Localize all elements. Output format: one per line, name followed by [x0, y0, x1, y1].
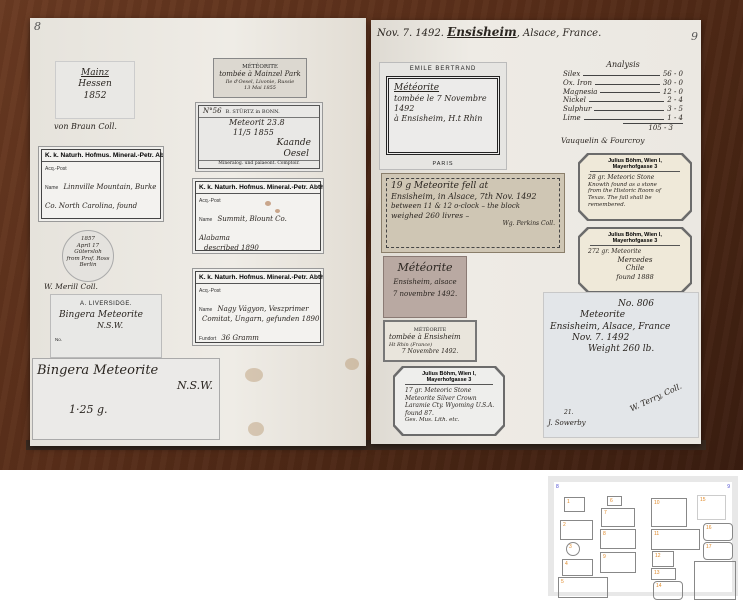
collection-note: W. Merill Coll. [44, 282, 98, 291]
left-page-number: 8 [34, 20, 41, 33]
label-header: Julius Böhm, Wien I, Mayerhofgasse 3 [405, 371, 493, 385]
label-header: K. k. Naturh. Hofmus. Mineral.-Petr. Abt… [42, 150, 160, 162]
acq-field: Acq.-Post [196, 284, 320, 294]
paper-stain [345, 358, 359, 370]
label-line: Ensisheim, alsace [384, 275, 466, 287]
label-line: Météorite [384, 257, 466, 275]
label-header: MÉTÉORITE [385, 322, 475, 333]
collection-note: von Braun Coll. [54, 122, 117, 132]
corner-name: J. Sowerby [548, 419, 586, 428]
label-line: Texas. The fall shall be [580, 195, 690, 202]
rust-spot [265, 201, 271, 206]
label-circle-guetersloh: 1857 April 17 Gütersloh from Prof. Ross … [62, 230, 114, 282]
label-line: 1492 [394, 104, 492, 114]
label-line: 1852 [56, 91, 134, 102]
label-line: tombée à Ensisheim [385, 333, 475, 342]
page-heading: Nov. 7. 1492. Ensisheim, Alsace, France. [377, 25, 601, 41]
label-line: Mainz [56, 68, 134, 79]
name-field-label: Name [199, 307, 212, 313]
label-signature: Wg. Perkins Coll. [391, 220, 555, 228]
label-line: Bingera Meteorite [51, 307, 161, 321]
label-line: 19 g Meteorite fell at [391, 181, 555, 192]
label-line: between 11 & 12 o-clock – the block [391, 202, 555, 211]
label-meteorite-oesel: MÉTÉORITE tombée à Mainzel Park Ile d'Oe… [213, 58, 307, 98]
label-line: No. 806 [544, 293, 698, 310]
heading-date: Nov. 7. 1492. [377, 28, 444, 39]
diagram-box-16: 16 [703, 523, 733, 541]
diagram-box-15: 15 [697, 495, 726, 520]
label-line: Ges. Mus. Lith. etc. [395, 417, 503, 424]
name-field-value: Summit, Blount Co. Alabama [199, 215, 287, 242]
label-line: Ensisheim, in Alsace, 7th Nov. 1492 [391, 192, 555, 202]
name-field-value: described 1890 [196, 244, 320, 253]
label-line: Meteorite [544, 310, 698, 321]
corner-number: 21. [564, 409, 574, 417]
label-footer: PARIS [380, 161, 506, 167]
label-header: EMILE BERTRAND [380, 63, 506, 72]
label-line: N.S.W. [51, 321, 161, 331]
label-line: Chile [580, 264, 690, 273]
analysis-table: Analysis Silex56 - 0 Ox. Iron30 - 0 Magn… [563, 60, 683, 146]
name-field-value: Nagy Vágyon, Veszprimer [217, 305, 308, 313]
label-frame: Météorite tombée le 7 Novembre 1492 à En… [386, 76, 500, 155]
label-line: Meteorite Silver Crown [395, 395, 503, 403]
acq-field: Acq.-Post [42, 162, 160, 172]
diagram-box-5: 5 [558, 577, 608, 598]
label-line: N.S.W. [33, 379, 219, 393]
diagram-box-12: 12 [652, 551, 674, 567]
label-boehm-silver-crown: Julius Böhm, Wien I, Mayerhofgasse 3 17 … [393, 366, 505, 436]
label-liversidge: A. LIVERSIDGE. Bingera Meteorite N.S.W. … [50, 294, 162, 358]
diagram-box-14: 14 [653, 581, 683, 600]
label-number: N°56 [203, 107, 222, 116]
paper-stain [248, 422, 264, 436]
label-line: 13 Mai 1855 [214, 85, 306, 91]
label-stuertz-bonn: N°56 B. STÜRTZ in BONN. Meteorit 23.8 11… [195, 102, 323, 172]
rust-spot [275, 209, 280, 213]
label-no-806: No. 806 Meteorite Ensisheim, Alsace, Fra… [543, 292, 699, 438]
label-line: 1·25 g. [33, 393, 219, 417]
label-line: Hessen [56, 79, 134, 90]
label-ensisheim-alsace: Météorite Ensisheim, alsace 7 novembre 1… [383, 256, 467, 318]
label-line: Bingera Meteorite [33, 359, 219, 379]
diagram-box-1: 1 [564, 497, 585, 512]
diagram-left-page-number: 8 [556, 484, 559, 490]
label-line: Gütersloh [63, 249, 113, 256]
analysis-row: Sulphur3 - 5 [563, 105, 683, 114]
no-field: No. [51, 331, 161, 342]
analysis-attribution: Vauquelin & Fourcroy [561, 132, 683, 145]
label-signature: W. Terry, Coll. [628, 382, 683, 415]
label-header: K. k. Naturh. Hofmus. Mineral.-Petr. Abt… [196, 182, 320, 194]
label-header: K. k. Naturh. Hofmus. Mineral.-Petr. Abt… [196, 272, 320, 284]
label-line: from the Historic Room of [580, 188, 690, 195]
label-line: Ensisheim, Alsace, France [544, 322, 698, 333]
analysis-row: Nickel2 - 4 [563, 96, 683, 105]
name-field-value: Linnville Mountain, Burke Co. North Caro… [45, 183, 156, 222]
paper-stain [245, 368, 263, 382]
label-boehm-texas: Julius Böhm, Wien I, Mayerhofgasse 3 28 … [578, 153, 692, 221]
label-line: Nov. 7. 1492 [544, 333, 698, 344]
label-hofmus-linnville: K. k. Naturh. Hofmus. Mineral.-Petr. Abt… [38, 146, 164, 222]
diagram-box-18 [694, 561, 736, 600]
label-line: Meteorit 23.8 [199, 118, 319, 128]
label-header: A. LIVERSIDGE. [51, 295, 161, 307]
diagram-box-7: 7 [601, 508, 635, 527]
label-line: Météorite [394, 83, 492, 94]
label-line: 17 gr. Meteoric Stone [395, 387, 503, 395]
label-line: 272 gr. Meteorite [580, 248, 690, 256]
name-field-label: Name [199, 217, 212, 223]
label-emile-bertrand: EMILE BERTRAND Météorite tombée le 7 Nov… [379, 62, 507, 170]
right-page-number: 9 [691, 30, 698, 43]
label-line: Laramie Cty. Wyoming U.S.A. [395, 402, 503, 410]
label-mainz: Mainz Hessen 1852 [55, 61, 135, 119]
fundort-label: Fundort [199, 336, 216, 342]
analysis-total: 105 - 3 [623, 123, 683, 133]
label-line: Kaande [199, 138, 319, 149]
label-header: MÉTÉORITE [214, 59, 306, 70]
label-layout-diagram: 8 9 1 2 3 4 5 6 7 8 9 10 11 12 13 14 15 … [548, 476, 738, 596]
diagram-sheet: 8 9 1 2 3 4 5 6 7 8 9 10 11 12 13 14 15 … [554, 482, 732, 592]
diagram-box-8: 8 [600, 529, 636, 549]
diagram-box-4: 4 [562, 559, 593, 576]
label-line: tombée le 7 Novembre [394, 94, 492, 104]
analysis-row: Magnesia12 - 0 [563, 88, 683, 97]
label-footer: Mineralog. und palaeont. Comptoir. [199, 160, 319, 166]
analysis-title: Analysis [563, 60, 683, 70]
label-line: 11/5 1855 [199, 128, 319, 138]
label-meteorite-ensisheim: MÉTÉORITE tombée à Ensisheim Ht Rhin (Fr… [383, 320, 477, 362]
label-header: B. STÜRTZ in BONN. [226, 109, 280, 115]
diagram-box-2: 2 [560, 520, 593, 540]
label-hofmus-nagy-vagyon: K. k. Naturh. Hofmus. Mineral.-Petr. Abt… [192, 268, 324, 346]
label-line: found 1888 [580, 273, 690, 281]
label-line: Knowth found as a stone [580, 182, 690, 189]
label-line: remembered. [580, 202, 690, 209]
label-line: 28 gr. Meteoric Stone [580, 174, 690, 182]
label-line: 7 Novembre 1492. [385, 348, 475, 356]
label-line: weighed 260 livres – [391, 211, 555, 220]
diagram-box-11: 11 [651, 529, 700, 550]
label-perkins: 19 g Meteorite fell at Ensisheim, in Als… [381, 173, 565, 253]
diagram-right-page-number: 9 [727, 484, 730, 490]
label-line: Weight 260 lb. [544, 344, 698, 355]
heading-rest: , Alsace, France. [517, 28, 602, 39]
diagram-box-6: 6 [607, 496, 622, 506]
album-photo: 8 Mainz Hessen 1852 von Braun Coll. K. k… [0, 0, 743, 470]
label-line: Berlin [63, 262, 113, 269]
label-line: à Ensisheim, H.t Rhin [394, 114, 492, 124]
heading-place: Ensisheim [447, 25, 517, 39]
analysis-row: Silex56 - 0 [563, 70, 683, 79]
right-album-page: Nov. 7. 1492. Ensisheim, Alsace, France.… [371, 20, 701, 444]
analysis-row: Ox. Iron30 - 0 [563, 79, 683, 88]
diagram-box-3: 3 [566, 542, 580, 556]
label-bingera: Bingera Meteorite N.S.W. 1·25 g. [32, 358, 220, 440]
name-field-value: Comitat, Ungarn, gefunden 1890 [196, 315, 320, 324]
diagram-box-9: 9 [600, 552, 636, 573]
label-line: tombée à Mainzel Park [214, 70, 306, 79]
diagram-box-13: 13 [651, 568, 676, 580]
label-line: Oesel [199, 149, 319, 160]
label-hofmus-summit: K. k. Naturh. Hofmus. Mineral.-Petr. Abt… [192, 178, 324, 254]
fundort-value: 36 Gramm [221, 334, 259, 342]
label-line: Mercedes [580, 256, 690, 265]
label-header: Julius Böhm, Wien I, Mayerhofgasse 3 [590, 232, 680, 246]
left-album-page: 8 Mainz Hessen 1852 von Braun Coll. K. k… [30, 18, 366, 446]
label-line: 7 novembre 1492. [384, 287, 466, 299]
analysis-row: Lime1 - 4 [563, 114, 683, 123]
label-line: April 17 [63, 243, 113, 250]
diagram-box-17: 17 [703, 542, 733, 560]
label-line: from Prof. Ross [63, 256, 113, 263]
label-line: 1857 [63, 236, 113, 243]
acq-field: Acq.-Post [196, 194, 320, 204]
label-line: found 87. [395, 410, 503, 418]
name-field-label: Name [45, 185, 58, 191]
label-boehm-mercedes: Julius Böhm, Wien I, Mayerhofgasse 3 272… [578, 227, 692, 293]
diagram-box-10: 10 [651, 498, 687, 527]
label-header: Julius Böhm, Wien I, Mayerhofgasse 3 [590, 158, 680, 172]
